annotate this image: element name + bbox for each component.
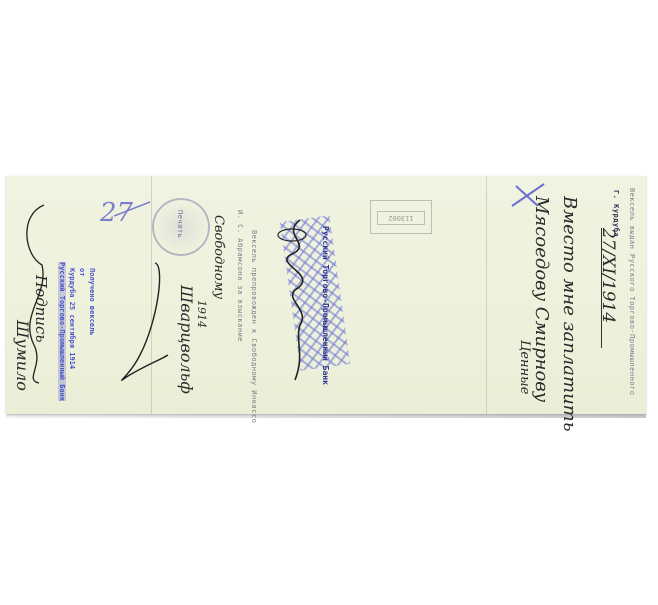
date-underline [601, 228, 602, 348]
cross-mark-icon [508, 180, 548, 210]
center-print-2: И. С. Абрамсона за взыскание [236, 210, 244, 342]
center-handwritten-1: Свободному [211, 215, 226, 299]
serial-number: 113002 [377, 211, 425, 225]
endorsement-line-3: Ценные [517, 340, 532, 394]
violet-stamp-line-1: Получено вексель [88, 268, 96, 335]
violet-stamp-line-2: от [78, 268, 86, 276]
header-print: Вексель выдан Русского Торгово-Промышлен… [628, 188, 636, 395]
left-flourish [14, 195, 54, 385]
corner-mark-stroke [112, 200, 152, 220]
violet-stamp-line-4: Русский Торгово-Промышленный Банк [58, 262, 66, 401]
center-print-1: Вексель препровожден к Свободному Инкасс… [250, 230, 258, 423]
seal-text: Печать [176, 210, 184, 238]
serial-box: 113002 [370, 200, 432, 234]
endorsement-line-1: Вместо мне заплатить [559, 196, 580, 432]
bank-signature [270, 215, 330, 390]
fold-line [486, 176, 487, 414]
center-year: 1914 [195, 300, 208, 328]
loop-signature [110, 260, 170, 390]
violet-stamp-line-3: Курдуба 25 сентября 1914 [68, 268, 76, 369]
endorsement-line-2: Мясоедову Смирнову [531, 196, 552, 402]
center-signature: Шварцвольф [177, 285, 196, 394]
